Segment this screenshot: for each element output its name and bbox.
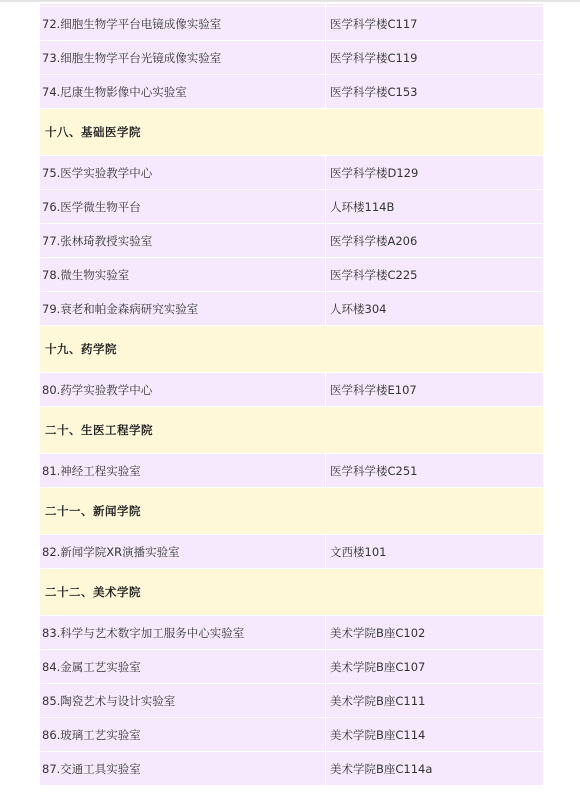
lab-location-cell: 美术学院B座C114a xyxy=(326,752,544,786)
section-header-row: 二十二、美术学院 xyxy=(40,569,544,616)
lab-name-cell: 76.医学微生物平台 xyxy=(40,190,326,224)
lab-name-cell: 80.药学实验教学中心 xyxy=(40,373,326,407)
table-row: 81.神经工程实验室医学科学楼C251 xyxy=(40,454,544,488)
table-row: 80.药学实验教学中心医学科学楼E107 xyxy=(40,373,544,407)
lab-location-cell: 医学科学楼C119 xyxy=(326,41,544,75)
section-title: 二十、生医工程学院 xyxy=(40,407,544,454)
table-row: 82.新闻学院XR演播实验室文西楼101 xyxy=(40,535,544,569)
table-row: 75.医学实验教学中心医学科学楼D129 xyxy=(40,156,544,190)
lab-location-cell: 医学科学楼A206 xyxy=(326,224,544,258)
lab-location-cell: 医学科学楼C117 xyxy=(326,7,544,41)
section-header-row: 二十、生医工程学院 xyxy=(40,407,544,454)
lab-name-cell: 81.神经工程实验室 xyxy=(40,454,326,488)
table-row: 87.交通工具实验室美术学院B座C114a xyxy=(40,752,544,786)
lab-location-table: 72.细胞生物学平台电镜成像实验室医学科学楼C11773.细胞生物学平台光镜成像… xyxy=(39,3,544,786)
lab-name-cell: 86.玻璃工艺实验室 xyxy=(40,718,326,752)
table-row: 77.张林琦教授实验室医学科学楼A206 xyxy=(40,224,544,258)
table-row: 85.陶瓷艺术与设计实验室美术学院B座C111 xyxy=(40,684,544,718)
lab-location-cell: 美术学院B座C111 xyxy=(326,684,544,718)
lab-name-cell: 75.医学实验教学中心 xyxy=(40,156,326,190)
section-title: 二十二、美术学院 xyxy=(40,569,544,616)
lab-name-cell: 73.细胞生物学平台光镜成像实验室 xyxy=(40,41,326,75)
lab-name-cell: 77.张林琦教授实验室 xyxy=(40,224,326,258)
lab-name-cell: 82.新闻学院XR演播实验室 xyxy=(40,535,326,569)
lab-name-cell: 85.陶瓷艺术与设计实验室 xyxy=(40,684,326,718)
lab-location-cell: 美术学院B座C114 xyxy=(326,718,544,752)
table-row: 72.细胞生物学平台电镜成像实验室医学科学楼C117 xyxy=(40,7,544,41)
section-header-row: 十八、基础医学院 xyxy=(40,109,544,156)
table-body: 72.细胞生物学平台电镜成像实验室医学科学楼C11773.细胞生物学平台光镜成像… xyxy=(40,4,544,786)
table-row: 84.金属工艺实验室美术学院B座C107 xyxy=(40,650,544,684)
table-row: 74.尼康生物影像中心实验室医学科学楼C153 xyxy=(40,75,544,109)
lab-location-cell: 人环楼114B xyxy=(326,190,544,224)
lab-location-cell: 美术学院B座C107 xyxy=(326,650,544,684)
lab-location-cell: 文西楼101 xyxy=(326,535,544,569)
table-row: 83.科学与艺术数字加工服务中心实验室美术学院B座C102 xyxy=(40,616,544,650)
lab-location-cell: 医学科学楼C225 xyxy=(326,258,544,292)
lab-location-table-container: 72.细胞生物学平台电镜成像实验室医学科学楼C11773.细胞生物学平台光镜成像… xyxy=(39,3,544,786)
lab-name-cell: 74.尼康生物影像中心实验室 xyxy=(40,75,326,109)
section-title: 十八、基础医学院 xyxy=(40,109,544,156)
lab-location-cell: 美术学院B座C102 xyxy=(326,616,544,650)
table-row: 86.玻璃工艺实验室美术学院B座C114 xyxy=(40,718,544,752)
lab-name-cell: 79.衰老和帕金森病研究实验室 xyxy=(40,292,326,326)
table-row: 76.医学微生物平台人环楼114B xyxy=(40,190,544,224)
lab-name-cell: 84.金属工艺实验室 xyxy=(40,650,326,684)
table-row: 79.衰老和帕金森病研究实验室人环楼304 xyxy=(40,292,544,326)
lab-location-cell: 医学科学楼C153 xyxy=(326,75,544,109)
section-title: 二十一、新闻学院 xyxy=(40,488,544,535)
section-header-row: 二十一、新闻学院 xyxy=(40,488,544,535)
top-divider xyxy=(0,0,580,2)
table-row: 78.微生物实验室医学科学楼C225 xyxy=(40,258,544,292)
lab-location-cell: 人环楼304 xyxy=(326,292,544,326)
lab-location-cell: 医学科学楼C251 xyxy=(326,454,544,488)
lab-name-cell: 83.科学与艺术数字加工服务中心实验室 xyxy=(40,616,326,650)
table-row: 73.细胞生物学平台光镜成像实验室医学科学楼C119 xyxy=(40,41,544,75)
lab-location-cell: 医学科学楼E107 xyxy=(326,373,544,407)
lab-name-cell: 87.交通工具实验室 xyxy=(40,752,326,786)
lab-name-cell: 78.微生物实验室 xyxy=(40,258,326,292)
lab-name-cell: 72.细胞生物学平台电镜成像实验室 xyxy=(40,7,326,41)
section-title: 十九、药学院 xyxy=(40,326,544,373)
section-header-row: 十九、药学院 xyxy=(40,326,544,373)
lab-location-cell: 医学科学楼D129 xyxy=(326,156,544,190)
